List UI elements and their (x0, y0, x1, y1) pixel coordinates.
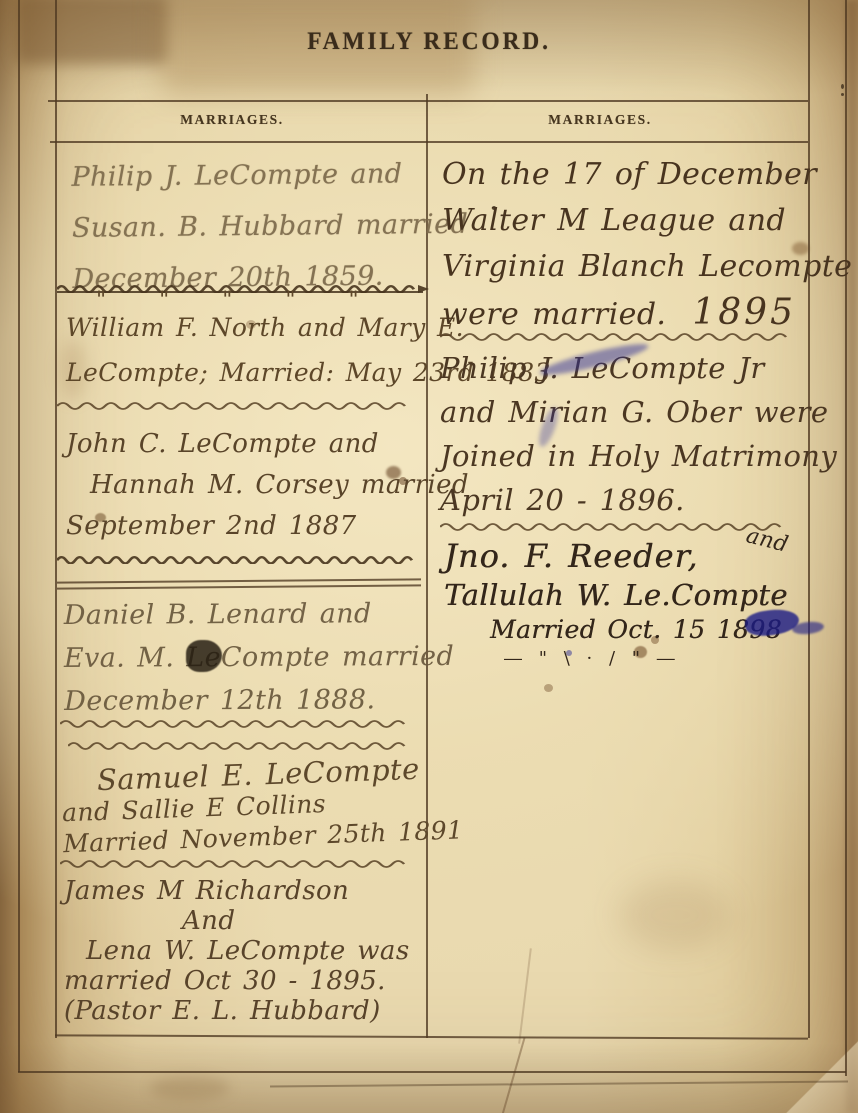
page-title: FAMILY RECORD. (307, 28, 551, 56)
handwritten-line: Daniel B. Lenard and (64, 592, 424, 637)
handwritten-line: LeCompte; Married: May 23rd 1883 (66, 350, 426, 395)
handwritten-text: were married. (442, 297, 666, 332)
handwritten-line: Virginia Blanch Lecompte (442, 244, 858, 290)
header-row-border (50, 141, 808, 143)
handwritten-line: James M Richardson (64, 876, 424, 906)
marriage-entry-north-lecompte: William F. North and Mary E. LeCompte; M… (66, 305, 426, 395)
outer-frame-bottom-second (270, 1080, 848, 1087)
handwritten-line: and Mirian G. Ober were (440, 390, 858, 434)
squiggle-divider (440, 331, 798, 341)
column-header-marriages-right: MARRIAGES. (548, 112, 651, 128)
handwritten-line: Married Oct. 15 1898 (490, 614, 858, 646)
squiggle-divider (60, 858, 416, 868)
handwritten-line: Susan. B. Hubbard married (72, 199, 429, 254)
table-top-border (48, 100, 808, 102)
handwritten-line: Philip J. LeCompte and (71, 148, 428, 203)
column-header-marriages-left: MARRIAGES. (180, 112, 283, 128)
paper-shading-bottom (0, 1043, 858, 1113)
paper-crease (500, 1037, 525, 1113)
stain (150, 1076, 230, 1100)
handwritten-line: William F. North and Mary E. (66, 305, 426, 350)
handwritten-line: April 20 - 1896. (440, 478, 858, 522)
handwritten-line: married Oct 30 - 1895. (64, 966, 424, 996)
paper-crease (518, 948, 531, 1043)
handwritten-line: Eva. M. LeCompte married (64, 635, 424, 680)
double-rule-top (57, 578, 421, 583)
marriage-entry-daniel-eva: Daniel B. Lenard and Eva. M. LeCompte ma… (64, 592, 425, 723)
divider-arrow (418, 285, 429, 293)
outer-frame-bottom (18, 1071, 846, 1073)
squiggle-divider (57, 400, 417, 410)
marriage-entry-james-lena: James M Richardson And Lena W. LeCompte … (64, 876, 424, 1026)
squiggle-divider (440, 521, 792, 531)
handwritten-line: Philip J. LeCompte Jr (440, 346, 858, 390)
squiggle-divider (68, 740, 416, 750)
handwritten-flourish: ― " \ · / " ― (504, 646, 858, 672)
handwritten-line: Walter M League and (442, 198, 858, 244)
handwritten-line: December 12th 1888. (64, 678, 424, 723)
handwritten-line: And (182, 906, 424, 936)
marriage-entry-walter-virginia: On the 17 of December Walter M League an… (442, 152, 858, 338)
table-bottom-border (55, 1034, 808, 1039)
handwritten-line: On the 17 of December (442, 152, 858, 198)
handwritten-line: Jno. F. Reeder, (444, 536, 858, 576)
ink-dot (841, 84, 844, 89)
marriage-entry-john-hannah: John C. LeCompte and Hannah M. Corsey ma… (66, 424, 426, 547)
stain (544, 684, 553, 692)
handwritten-line: John C. LeCompte and (66, 424, 426, 465)
marriage-entry-samuel-sallie: Samuel E. LeCompte and Sallie E Collins … (60, 754, 425, 860)
double-rule-bottom (57, 584, 421, 589)
stain (620, 880, 730, 950)
marriage-year: 1895 (692, 292, 796, 333)
scalloped-divider (57, 554, 421, 564)
handwritten-line: Hannah M. Corsey married (90, 465, 426, 506)
marriage-entry-philip-susan: Philip J. LeCompte and Susan. B. Hubbard… (71, 148, 429, 305)
handwritten-line: Joined in Holy Matrimony (440, 434, 858, 478)
ink-dot (841, 93, 844, 96)
marriage-entry-reeder-tallulah: Jno. F. Reeder, and Tallulah W. Le.Compt… (444, 536, 858, 672)
marriage-entry-philip-jr-mirian: Philip J. LeCompte Jr and Mirian G. Ober… (440, 346, 858, 522)
family-record-page: FAMILY RECORD. MARRIAGES. MARRIAGES. Phi… (0, 0, 858, 1113)
handwritten-line: (Pastor E. L. Hubbard) (64, 996, 424, 1026)
handwritten-line: Lena W. LeCompte was (86, 936, 424, 966)
stain (16, 0, 168, 64)
table-left-border (55, 0, 57, 1038)
outer-frame-left (18, 0, 20, 1072)
handwritten-line: Tallulah W. Le.Compte (444, 576, 858, 614)
handwritten-line: September 2nd 1887 (66, 506, 426, 547)
squiggle-divider (60, 718, 416, 728)
